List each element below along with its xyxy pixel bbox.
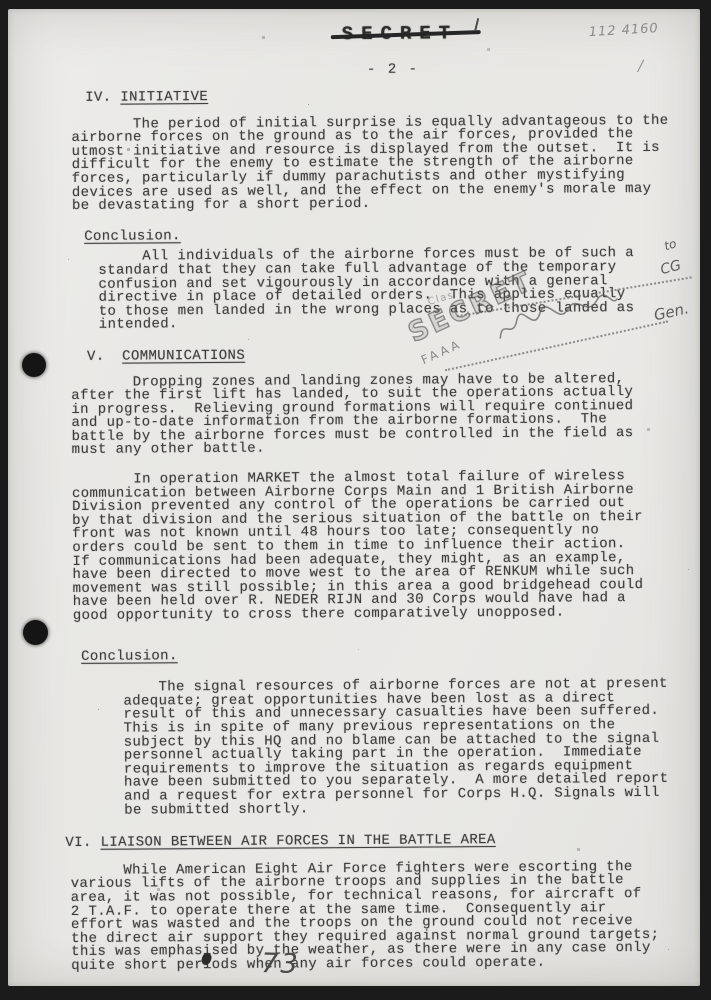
footer-page-number: 73 <box>261 948 300 980</box>
page-content: SECRET - 2 - 112 4160 / IV. INITIATIVE T… <box>5 7 704 989</box>
section-number: IV. <box>85 90 120 106</box>
document-body: IV. INITIATIVE The period of initial sur… <box>5 88 703 974</box>
pencil-mark: / <box>636 56 644 76</box>
conclusion-heading: Conclusion. <box>84 226 698 244</box>
page-number: - 2 - <box>367 62 419 78</box>
declassification-stamp: Clas SECRET FAAA Gen. CG to <box>5 7 697 12</box>
section-title: LIAISON BETWEEN AIR FORCES IN THE BATTLE… <box>100 832 495 851</box>
section-heading: VI. LIAISON BETWEEN AIR FORCES IN THE BA… <box>65 833 702 851</box>
section-number: VI. <box>65 835 100 851</box>
paragraph: While American Eight Air Force fighters … <box>71 860 694 973</box>
section-heading: V. COMMUNICATIONS <box>87 346 699 364</box>
section-title: Conclusion. <box>81 648 178 665</box>
section-title: Conclusion. <box>84 228 181 245</box>
paragraph: The signal resources of airborne forces … <box>123 678 692 818</box>
scan-frame: SECRET - 2 - 112 4160 / IV. INITIATIVE T… <box>0 0 711 1000</box>
section-title: INITIATIVE <box>120 89 208 106</box>
paper: SECRET - 2 - 112 4160 / IV. INITIATIVE T… <box>8 9 700 986</box>
punch-hole-top <box>22 353 46 377</box>
paragraph: Dropping zones and landing zones may hav… <box>71 372 690 458</box>
paper-specks <box>8 9 9 10</box>
section-heading: IV. INITIATIVE <box>85 88 697 106</box>
paragraph: The period of initial surprise is equall… <box>71 114 688 213</box>
ref-number-handwritten: 112 4160 <box>588 21 659 40</box>
punch-hole-bottom <box>23 620 48 645</box>
paragraph: In operation MARKET the almost total fai… <box>72 470 691 624</box>
section-number: V. <box>87 349 122 365</box>
conclusion-heading: Conclusion. <box>81 646 701 664</box>
section-title: COMMUNICATIONS <box>122 348 245 365</box>
